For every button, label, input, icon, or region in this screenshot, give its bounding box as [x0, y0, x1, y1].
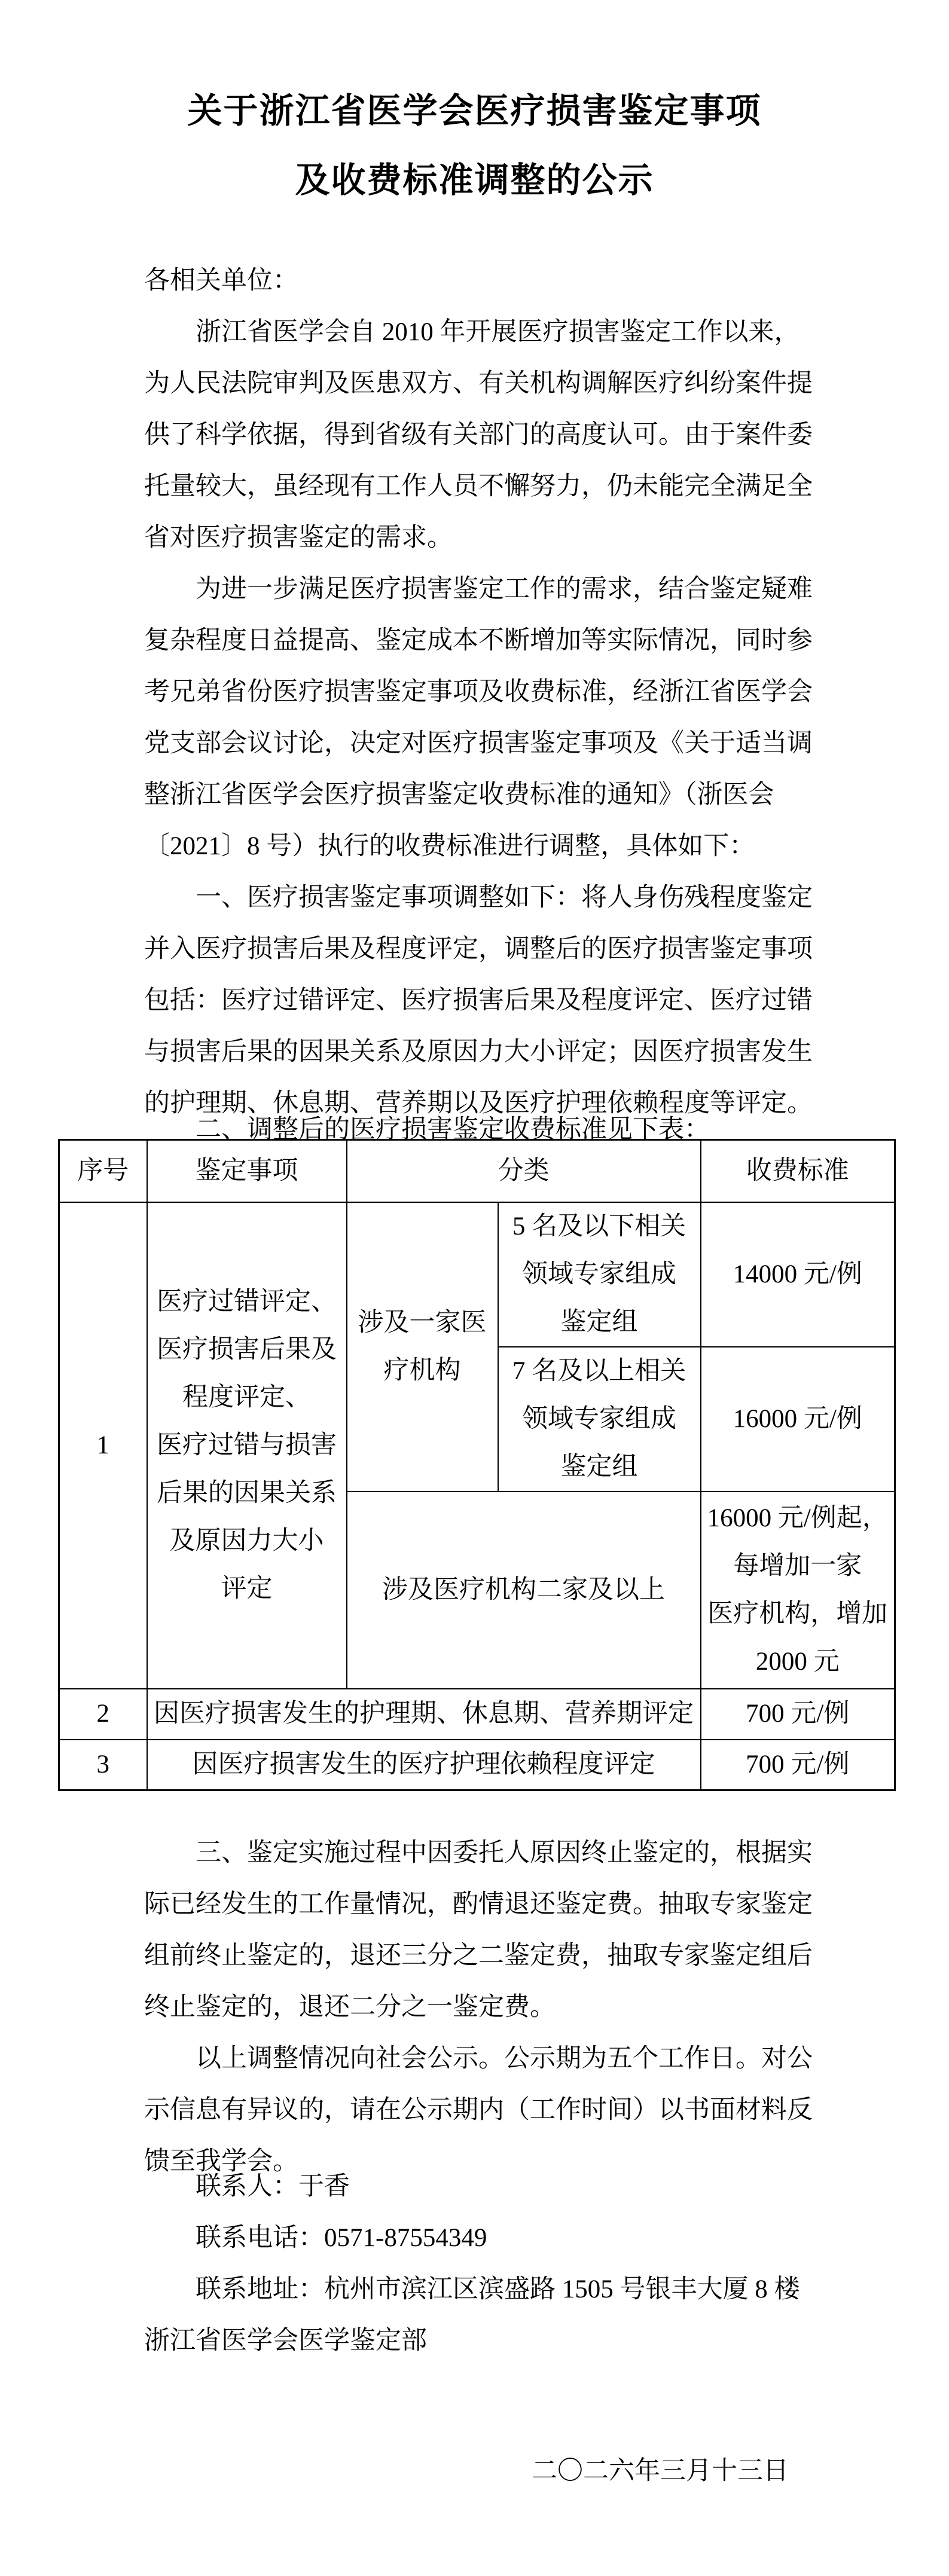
- header-no: 序号: [59, 1140, 147, 1202]
- row3-no: 3: [59, 1740, 147, 1790]
- notice-document-page: 关于浙江省医学会医疗损害鉴定事项 及收费标准调整的公示 各相关单位： 浙江省医学…: [0, 0, 949, 2576]
- table-row-2: 2 因医疗损害发生的护理期、休息期、营养期评定 700 元/例: [59, 1689, 895, 1740]
- notice-body-intro: 各相关单位： 浙江省医学会自 2010 年开展医疗损害鉴定工作以来， 为人民法院…: [144, 255, 821, 1129]
- notice-date: 二〇二六年三月十三日: [532, 2446, 789, 2497]
- paragraph-reason: 为进一步满足医疗损害鉴定工作的需求，结合鉴定疑难 复杂程度日益提高、鉴定成本不断…: [144, 564, 821, 872]
- notice-title: 关于浙江省医学会医疗损害鉴定事项 及收费标准调整的公示: [0, 77, 949, 215]
- notice-title-line2: 及收费标准调整的公示: [295, 161, 654, 200]
- row1-item: 医疗过错评定、 医疗损害后果及 程度评定、 医疗过错与损害 后果的因果关系 及原…: [147, 1202, 347, 1689]
- header-fee: 收费标准: [701, 1140, 895, 1202]
- row3-item: 因医疗损害发生的医疗护理依赖程度评定: [147, 1740, 701, 1790]
- fee-standard-table: 序号 鉴定事项 分类 收费标准 1 医疗过错评定、 医疗损害后果及 程度评定、 …: [58, 1139, 896, 1791]
- row1-cat-one-org: 涉及一家医 疗机构: [347, 1202, 498, 1492]
- row1-cat-expert7: 7 名及以上相关 领域专家组成 鉴定组: [498, 1347, 701, 1492]
- row1-fee-expert7: 16000 元/例: [701, 1347, 895, 1492]
- table-row-1a: 1 医疗过错评定、 医疗损害后果及 程度评定、 医疗过错与损害 后果的因果关系 …: [59, 1202, 895, 1347]
- header-category: 分类: [347, 1140, 701, 1202]
- row2-no: 2: [59, 1689, 147, 1740]
- table-header-row: 序号 鉴定事项 分类 收费标准: [59, 1140, 895, 1202]
- table-row-3: 3 因医疗损害发生的医疗护理依赖程度评定 700 元/例: [59, 1740, 895, 1790]
- row1-fee-expert5: 14000 元/例: [701, 1202, 895, 1347]
- row1-cat-expert5: 5 名及以下相关 领域专家组成 鉴定组: [498, 1202, 701, 1347]
- row1-no: 1: [59, 1202, 147, 1689]
- row1-cat-multi-org: 涉及医疗机构二家及以上: [347, 1492, 701, 1689]
- row3-fee: 700 元/例: [701, 1740, 895, 1790]
- header-item: 鉴定事项: [147, 1140, 347, 1202]
- row2-fee: 700 元/例: [701, 1689, 895, 1740]
- notice-title-line1: 关于浙江省医学会医疗损害鉴定事项: [187, 91, 761, 130]
- salutation: 各相关单位：: [144, 255, 821, 307]
- row2-item: 因医疗损害发生的护理期、休息期、营养期评定: [147, 1689, 701, 1740]
- row1-fee-multi-org: 16000 元/例起， 每增加一家 医疗机构，增加 2000 元: [701, 1492, 895, 1689]
- paragraph-background: 浙江省医学会自 2010 年开展医疗损害鉴定工作以来， 为人民法院审判及医患双方…: [144, 307, 821, 564]
- paragraph-item-one: 一、医疗损害鉴定事项调整如下：将人身伤残程度鉴定 并入医疗损害后果及程度评定，调…: [144, 872, 821, 1129]
- notice-body-closing: 三、鉴定实施过程中因委托人原因终止鉴定的，根据实 际已经发生的工作量情况，酌情退…: [144, 1828, 821, 2187]
- contact-block: 联系人：于香 联系电话：0571-87554349 联系地址：杭州市滨江区滨盛路…: [144, 2161, 821, 2367]
- paragraph-item-three: 三、鉴定实施过程中因委托人原因终止鉴定的，根据实 际已经发生的工作量情况，酌情退…: [144, 1828, 821, 2033]
